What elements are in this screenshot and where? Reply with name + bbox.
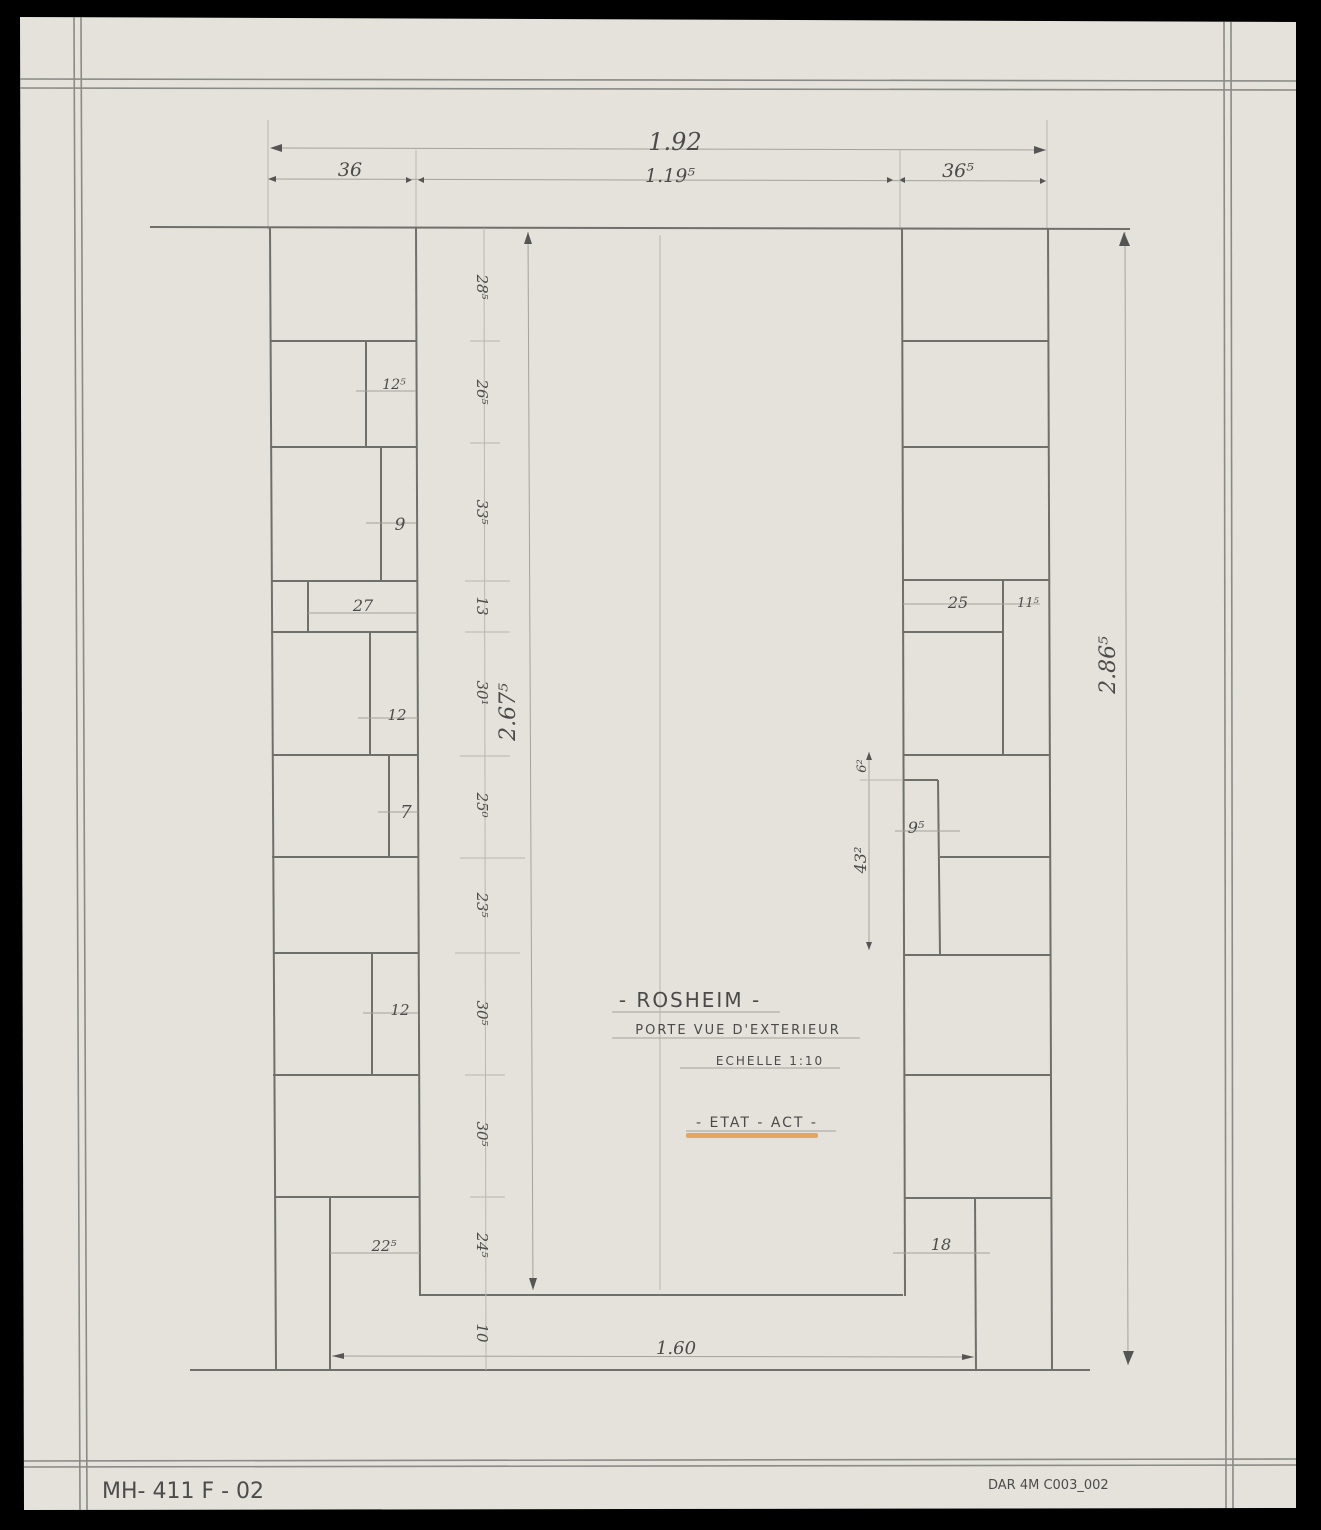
course-height-label: 28⁵ <box>473 273 491 299</box>
course-height-label: 30¹ <box>473 680 491 705</box>
opening-width-label: 1.19⁵ <box>645 165 695 187</box>
right-jamb-width-label: 36⁵ <box>942 160 974 182</box>
drawing-state: - ETAT - ACT - <box>696 1115 818 1131</box>
base-width-label: 18 <box>931 1235 951 1254</box>
paper-sheet <box>20 17 1296 1510</box>
course-height-label: 13 <box>473 596 491 615</box>
archive-reference-right: DAR 4M C003_002 <box>988 1478 1109 1493</box>
recess-top-label: 6² <box>855 759 870 772</box>
course-height-label: 26⁵ <box>473 378 491 404</box>
recess-depth-label: 9⁵ <box>908 818 925 837</box>
course-height-label: 25⁰ <box>473 791 491 817</box>
offset-label: 12 <box>390 1001 409 1019</box>
architectural-drawing: 1.92 36 1.19⁵ 36⁵ 12⁵ <box>0 0 1321 1530</box>
course-height-label: 24⁵ <box>473 1231 491 1257</box>
offset-label: 27 <box>352 596 374 615</box>
offset-label: 7 <box>400 802 412 823</box>
left-jamb-width-label: 36 <box>338 159 362 181</box>
opening-height-label: 2.67⁵ <box>496 683 521 742</box>
course-height-label: 10 <box>473 1323 491 1343</box>
course-height-label: 30⁵ <box>473 1121 491 1146</box>
recess-height-label: 43² <box>851 847 870 875</box>
archive-reference-left: MH- 411 F - 02 <box>102 1479 264 1504</box>
course-height-label: 30⁵ <box>473 1000 491 1025</box>
state-highlight <box>686 1133 818 1138</box>
bottom-width-label: 1.60 <box>656 1338 696 1359</box>
drawing-scale: ECHELLE 1:10 <box>716 1054 824 1068</box>
drawing-subtitle: PORTE VUE D'EXTERIEUR <box>635 1023 840 1038</box>
course-height-label: 33⁵ <box>473 499 491 524</box>
offset-label: 22⁵ <box>370 1237 396 1255</box>
course-height-label: 23⁵ <box>473 891 491 917</box>
offset-label: 12⁵ <box>382 377 406 393</box>
right-course-width-b: 11⁵ <box>1017 596 1040 611</box>
drawing-title: - ROSHEIM - <box>619 988 761 1012</box>
offset-label: 12 <box>387 706 406 724</box>
total-width-label: 1.92 <box>648 128 701 156</box>
total-height-label: 2.86⁵ <box>1096 636 1121 695</box>
offset-label: 9 <box>395 515 406 535</box>
right-course-width-a: 25 <box>947 593 968 612</box>
